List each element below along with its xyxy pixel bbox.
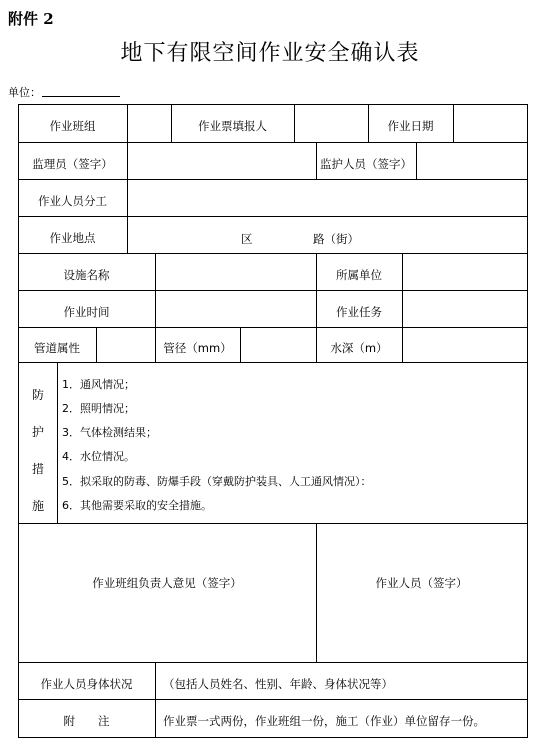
road-label: 路（街） xyxy=(313,231,359,247)
district-label: 区 xyxy=(241,231,253,247)
supervisor-signature-field[interactable] xyxy=(127,142,316,179)
team-label: 作业班组 xyxy=(18,104,127,142)
location-label: 作业地点 xyxy=(18,216,127,253)
protection-item: 4．水位情况。 xyxy=(62,448,135,464)
owner-unit-field[interactable] xyxy=(402,253,527,290)
reporter-field[interactable] xyxy=(294,104,368,142)
leader-opinion-signature-field[interactable]: 作业班组负责人意见（签字） xyxy=(18,523,316,662)
protection-item: 2．照明情况； xyxy=(62,400,135,416)
workers-signature-field[interactable]: 作业人员（签字） xyxy=(316,523,527,662)
time-field[interactable] xyxy=(155,290,316,327)
protection-item: 3．气体检测结果； xyxy=(62,424,157,440)
health-hint: （包括人员姓名、性别、年龄、身体状况等） xyxy=(163,676,393,692)
location-field[interactable]: 区 路（街） xyxy=(127,216,527,253)
protection-char: 措 xyxy=(32,460,44,477)
note-label: 附 注 xyxy=(18,699,155,737)
leader-opinion-label: 作业班组负责人意见（签字） xyxy=(92,575,242,591)
reporter-label: 作业票填报人 xyxy=(171,104,294,142)
protection-char: 施 xyxy=(32,497,44,514)
page-title: 地下有限空间作业安全确认表 xyxy=(0,36,540,67)
divider xyxy=(527,104,528,738)
facility-label: 设施名称 xyxy=(18,253,155,290)
facility-field[interactable] xyxy=(155,253,316,290)
divider xyxy=(57,362,58,523)
supervisor-label: 监理员（签字） xyxy=(18,142,127,179)
task-label: 作业任务 xyxy=(316,290,402,327)
divider xyxy=(18,737,528,738)
date-field[interactable] xyxy=(453,104,527,142)
pipe-attribute-label: 管道属性 xyxy=(18,327,96,362)
team-field[interactable] xyxy=(127,104,171,142)
owner-unit-label: 所属单位 xyxy=(316,253,402,290)
protection-item: 6．其他需要采取的安全措施。 xyxy=(62,497,212,513)
note-text: 作业票一式两份，作业班组一份，施工（作业）单位留存一份。 xyxy=(155,699,527,737)
divider xyxy=(18,362,528,363)
unit-label: 单位： xyxy=(8,84,41,100)
protection-char: 防 xyxy=(32,386,44,403)
division-label: 作业人员分工 xyxy=(18,179,127,216)
time-label: 作业时间 xyxy=(18,290,155,327)
water-depth-field[interactable] xyxy=(402,327,527,362)
health-label: 作业人员身体状况 xyxy=(18,662,155,699)
health-field[interactable]: （包括人员姓名、性别、年龄、身体状况等） xyxy=(155,662,527,699)
protection-item: 1．通风情况； xyxy=(62,376,135,392)
pipe-attribute-field[interactable] xyxy=(96,327,155,362)
date-label: 作业日期 xyxy=(368,104,453,142)
task-field[interactable] xyxy=(402,290,527,327)
attachment-label: 附件 2 xyxy=(8,8,54,29)
protection-char: 护 xyxy=(32,423,44,440)
unit-field[interactable] xyxy=(42,96,120,97)
division-field[interactable] xyxy=(127,179,527,216)
guardian-signature-field[interactable] xyxy=(416,142,527,179)
water-depth-label: 水深（m） xyxy=(316,327,402,362)
workers-signature-label: 作业人员（签字） xyxy=(376,575,468,591)
protection-item: 5．拟采取的防毒、防爆手段（穿戴防护装具、人工通风情况）： xyxy=(62,473,372,489)
diameter-label: 管径（mm） xyxy=(155,327,240,362)
diameter-field[interactable] xyxy=(240,327,316,362)
guardian-label: 监护人员（签字） xyxy=(316,142,416,179)
